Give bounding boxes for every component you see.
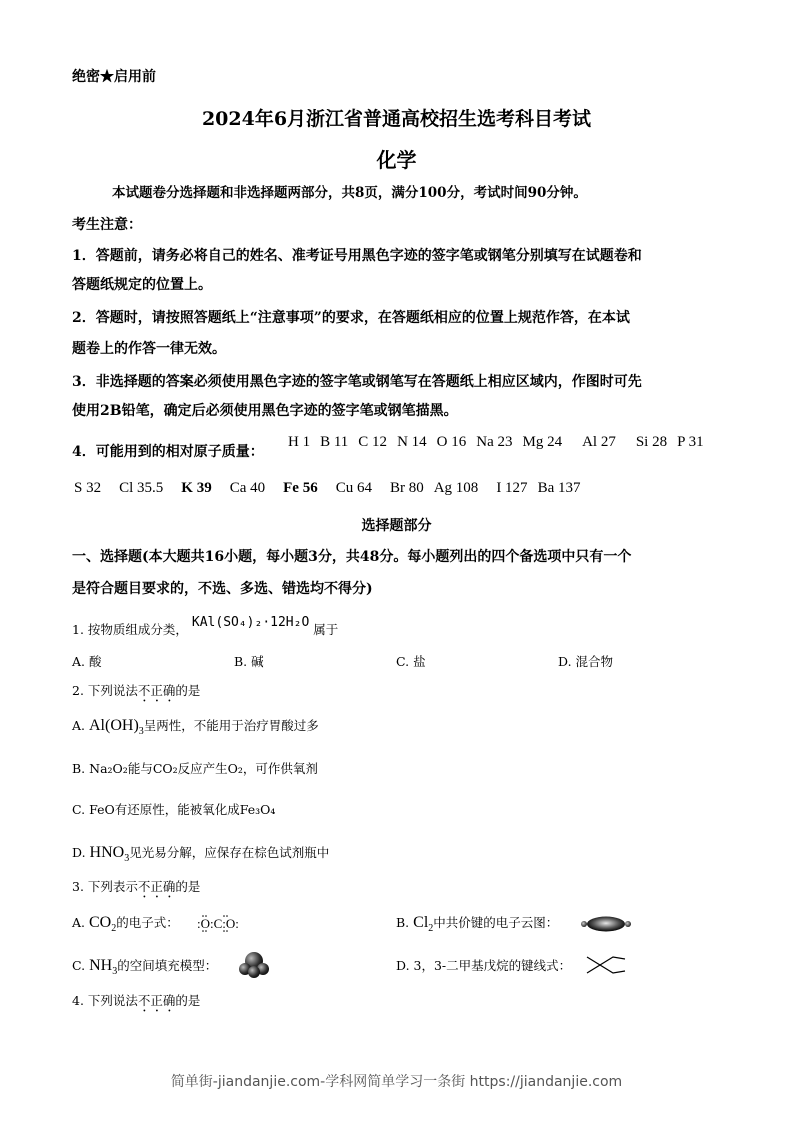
mass-br: Br 80: [390, 480, 424, 496]
q1-option-a[interactable]: A. 酸: [72, 652, 102, 670]
mass-cl: Cl 35.5: [119, 480, 163, 496]
footer-watermark: 简单街-jiandanjie.com-学科网简单学习一条街 https://ji…: [0, 1071, 793, 1091]
notice-item-4-label: 4．可能用到的相对原子质量：: [72, 441, 264, 461]
mass-o: O 16: [437, 434, 467, 450]
question-2: 2. 下列说法不正确的是: [72, 681, 200, 705]
question-1-stem: 1. 按物质组成分类，: [72, 622, 188, 637]
mass-b: B 11: [320, 434, 348, 450]
question-2-emphasis: 不正确: [138, 683, 176, 698]
option-label: C.: [72, 958, 85, 973]
question-1-formula: KAl(SO₄)₂·12H₂O: [192, 615, 309, 630]
option-text: 碱: [251, 654, 264, 669]
q3-option-a[interactable]: A. CO2的电子式：: [72, 913, 179, 934]
mass-h: H 1: [288, 434, 310, 450]
option-text: Na₂O₂能与CO₂反应产生O₂，可作供氧剂: [89, 761, 318, 776]
atomic-masses-row-1: H 1B 11C 12N 14O 16Na 23Mg 24Al 27Si 28P…: [288, 434, 714, 451]
option-label: A.: [72, 654, 85, 669]
mass-p: P 31: [677, 434, 704, 450]
mass-c: C 12: [358, 434, 387, 450]
mass-cu: Cu 64: [336, 480, 372, 496]
exam-intro: 本试题卷分选择题和非选择题两部分，共8页，满分100分，考试时间90分钟。: [112, 181, 587, 201]
notice-item-3-line1: 3．非选择题的答案必须使用黑色字迹的签字笔或钢笔写在答题纸上相应区域内，作图时可…: [72, 371, 642, 391]
notice-item-1-line2: 答题纸规定的位置上。: [72, 274, 212, 294]
q1-option-c[interactable]: C. 盐: [396, 652, 426, 670]
option-text: 酸: [89, 654, 102, 669]
option-label: A.: [72, 915, 85, 930]
mass-al: Al 27: [582, 434, 616, 450]
mass-fe: Fe 56: [283, 480, 318, 496]
q1-option-d[interactable]: D. 混合物: [558, 652, 613, 670]
option-text: 的电子式：: [116, 915, 179, 930]
mass-ag: Ag 108: [434, 480, 479, 496]
question-4-emphasis: 不正确: [138, 993, 176, 1008]
option-label: D.: [558, 654, 572, 669]
section-title: 选择题部分: [0, 515, 793, 535]
mass-k: K 39: [181, 480, 211, 496]
mass-ba: Ba 137: [538, 480, 581, 496]
q2-option-a[interactable]: A. Al(OH)3呈两性，不能用于治疗胃酸过多: [72, 716, 319, 737]
option-label: B.: [72, 761, 85, 776]
mass-s: S 32: [74, 480, 101, 496]
question-2-stem-a: 2. 下列说法: [72, 683, 138, 698]
atomic-masses-row-2: S 32Cl 35.5K 39Ca 40Fe 56Cu 64Br 80Ag 10…: [74, 480, 590, 497]
section-heading-line1: 一、选择题(本大题共16小题，每小题3分，共48分。每小题列出的四个备选项中只有…: [72, 546, 631, 566]
mass-mg: Mg 24: [523, 434, 563, 450]
chem-formula: CO2: [89, 914, 116, 931]
question-3-stem-a: 3. 下列表示: [72, 879, 138, 894]
chem-formula: Al(OH)3: [89, 717, 144, 734]
notice-heading: 考生注意：: [72, 214, 142, 234]
chem-formula: NH3: [89, 957, 117, 974]
question-3: 3. 下列表示不正确的是: [72, 877, 200, 901]
q3-option-b[interactable]: B. Cl2中共价键的电子云图：: [396, 913, 558, 934]
option-text: 混合物: [576, 654, 614, 669]
q2-option-d[interactable]: D. HNO3见光易分解，应保存在棕色试剂瓶中: [72, 843, 329, 864]
question-1: 1. 按物质组成分类， KAl(SO₄)₂·12H₂O 属于: [72, 620, 338, 638]
option-label: C.: [396, 654, 409, 669]
option-label: A.: [72, 718, 85, 733]
chem-formula: HNO3: [90, 844, 130, 861]
dimethylpentane-skeletal-figure: [586, 955, 626, 975]
option-text: 中共价键的电子云图：: [433, 915, 558, 930]
section-heading-line2: 是符合题目要求的，不选、多选、错选均不得分): [72, 578, 373, 598]
question-4-stem-a: 4. 下列说法: [72, 993, 138, 1008]
q3-option-d[interactable]: D. 3，3-二甲基戊烷的键线式：: [396, 956, 571, 974]
cl2-electron-cloud-figure: [580, 915, 632, 933]
question-3-stem-b: 的是: [175, 879, 200, 894]
option-label: B.: [234, 654, 247, 669]
mass-ca: Ca 40: [230, 480, 265, 496]
exam-title: 2024年6月浙江省普通高校招生选考科目考试: [0, 104, 793, 131]
secret-label: 绝密★启用前: [72, 66, 156, 86]
mass-n: N 14: [397, 434, 427, 450]
question-4: 4. 下列说法不正确的是: [72, 991, 200, 1015]
option-text: D. 3，3-二甲基戊烷的键线式：: [396, 958, 571, 973]
co2-electron-formula-figure: :O:C:O:: [196, 914, 240, 932]
option-text: 盐: [413, 654, 426, 669]
notice-item-2-line2: 题卷上的作答一律无效。: [72, 338, 226, 358]
subject-title: 化学: [0, 144, 793, 173]
q2-option-b[interactable]: B. Na₂O₂能与CO₂反应产生O₂，可作供氧剂: [72, 759, 318, 777]
option-label: D.: [72, 845, 86, 860]
chem-formula: Cl2: [413, 914, 433, 931]
mass-i: I 127: [496, 480, 527, 496]
question-3-emphasis: 不正确: [138, 879, 176, 894]
option-label: B.: [396, 915, 409, 930]
q1-option-b[interactable]: B. 碱: [234, 652, 264, 670]
q3-option-c[interactable]: C. NH3的空间填充模型：: [72, 956, 217, 977]
mass-si: Si 28: [636, 434, 667, 450]
notice-item-1-line1: 1．答题前，请务必将自己的姓名、准考证号用黑色字迹的签字笔或钢笔分别填写在试题卷…: [72, 245, 642, 265]
question-1-stem-suffix: 属于: [313, 622, 338, 637]
option-text: FeO有还原性，能被氧化成Fe₃O₄: [89, 802, 275, 817]
q2-option-c[interactable]: C. FeO有还原性，能被氧化成Fe₃O₄: [72, 800, 275, 818]
option-text: 见光易分解，应保存在棕色试剂瓶中: [129, 845, 329, 860]
option-label: C.: [72, 802, 85, 817]
notice-item-3-line2: 使用2B铅笔，确定后必须使用黑色字迹的签字笔或钢笔描黑。: [72, 400, 458, 420]
question-4-stem-b: 的是: [175, 993, 200, 1008]
svg-text::O:C:O:: :O:C:O:: [197, 916, 239, 931]
mass-na: Na 23: [476, 434, 512, 450]
nh3-space-filling-model-figure: [238, 950, 270, 980]
option-text: 呈两性，不能用于治疗胃酸过多: [144, 718, 319, 733]
option-text: 的空间填充模型：: [117, 958, 217, 973]
question-2-stem-b: 的是: [175, 683, 200, 698]
notice-item-2-line1: 2．答题时，请按照答题纸上“注意事项”的要求，在答题纸相应的位置上规范作答，在本…: [72, 307, 630, 327]
